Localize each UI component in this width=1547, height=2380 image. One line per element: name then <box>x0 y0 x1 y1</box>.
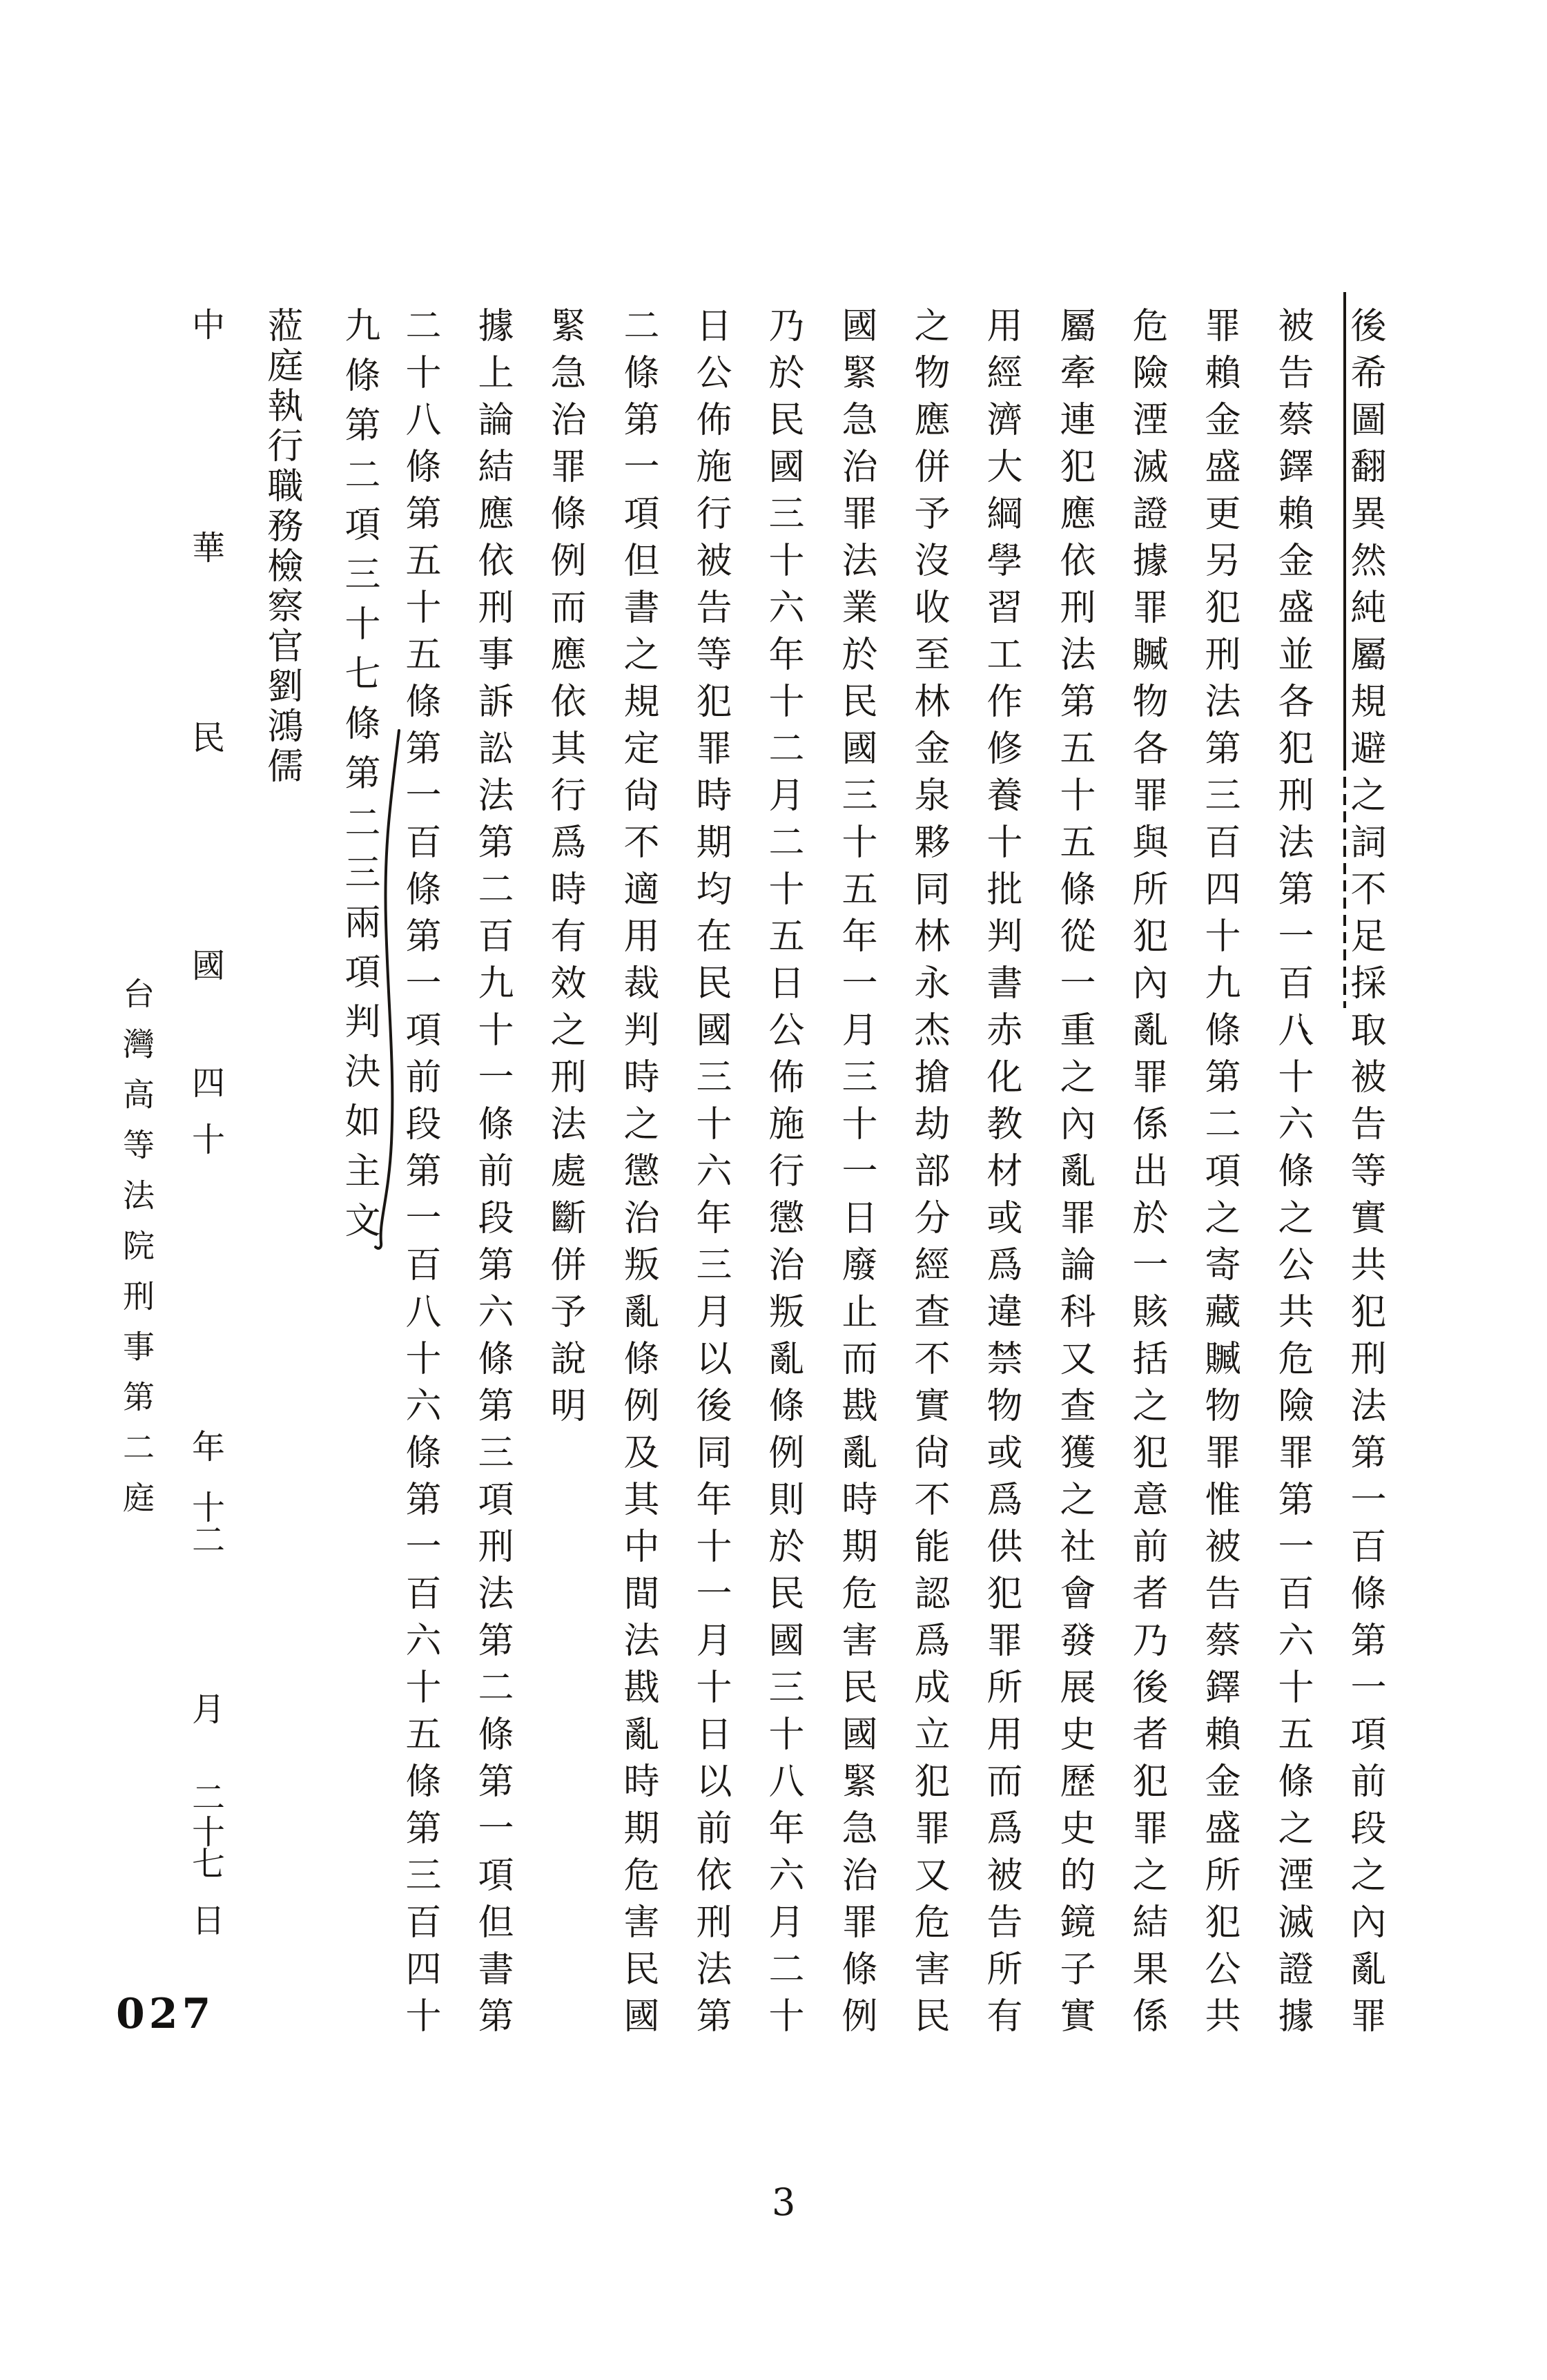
scanned-judgment-page: 後希圖翻異然純屬規避之詞不足採取被告等實共犯刑法第一百條第一項前段之內亂罪被告蔡… <box>0 0 1547 2380</box>
date-character: 十 <box>192 1491 225 1525</box>
text-column: 九條第二項三十七條第二三兩項判決如主文 <box>341 307 377 1251</box>
text-column: 用經濟大綱學習工作修養十批判書赤化教材或爲違禁物或爲供犯罪所用而爲被告所有 <box>983 307 1019 2044</box>
text-column: 國緊急治罪法業於民國三十五年一月三十一日廢止而戡亂時期危害民國緊急治罪條例 <box>838 307 874 2044</box>
text-column: 緊急治罪條例而應依其行爲時有效之刑法處斷併予說明 <box>547 307 583 1433</box>
date-character: 十 <box>192 1123 225 1157</box>
text-column: 蒞庭執行職務檢察官劉鴻儒 <box>264 307 300 787</box>
text-column: 罪賴金盛更另犯刑法第三百四十九條第二項之寄藏贓物罪惟被告蔡鐸賴金盛所犯公共 <box>1201 307 1237 2044</box>
date-character: 日 <box>192 1904 225 1937</box>
date-character: 十 <box>192 1816 225 1849</box>
date-character: 華 <box>192 532 225 565</box>
date-character: 二 <box>192 1524 225 1557</box>
date-character: 七 <box>192 1848 225 1881</box>
text-column: 二條第一項但書之規定尙不適用裁判時之懲治叛亂條例及其中間法戡亂時期危害民國 <box>620 307 656 2044</box>
page-number: 3 <box>772 2180 795 2224</box>
text-column: 日公佈施行被告等犯罪時期均在民國三十六年三月以後同年十一月十日以前依刑法第 <box>692 307 728 2044</box>
date-character: 月 <box>192 1693 225 1726</box>
archive-stamp-number: 027 <box>116 1990 215 2038</box>
text-column: 之物應併予沒收至林金泉夥同林永杰搶劫部分經查不實尙不能認爲成立犯罪又危害民 <box>911 307 946 2044</box>
text-column: 乃於民國三十六年十二月二十五日公佈施行懲治叛亂條例則於民國三十八年六月二十 <box>765 307 801 2044</box>
date-character: 年 <box>192 1431 225 1464</box>
date-character: 四 <box>192 1067 225 1100</box>
date-character: 民 <box>192 722 225 755</box>
date-character: 中 <box>192 309 225 342</box>
court-name-column: 台灣高等法院刑事第二庭 <box>121 977 153 1531</box>
text-column: 屬牽連犯應依刑法第五十五條從一重之內亂罪論科又查獲之社會發展史歷史的鏡子實 <box>1056 307 1092 2044</box>
text-column: 被告蔡鐸賴金盛並各犯刑法第一百八十六條之公共危險罪第一百六十五條之湮滅證據 <box>1274 307 1310 2044</box>
date-character: 國 <box>192 949 225 983</box>
text-column: 後希圖翻異然純屬規避之詞不足採取被告等實共犯刑法第一百條第一項前段之內亂罪 <box>1347 307 1383 2044</box>
date-character: 二 <box>192 1781 225 1815</box>
text-column: 二十八條第五十五條第一百條第一項前段第一百八十六條第一百六十五條第三百四十 <box>402 307 438 2044</box>
text-column: 危險湮滅證據罪贓物各罪與所犯內亂罪係出於一賅括之犯意前者乃後者犯罪之結果係 <box>1129 307 1165 2044</box>
text-column: 據上論結應依刑事訴訟法第二百九十一條前段第六條第三項刑法第二條第一項但書第 <box>474 307 510 2044</box>
